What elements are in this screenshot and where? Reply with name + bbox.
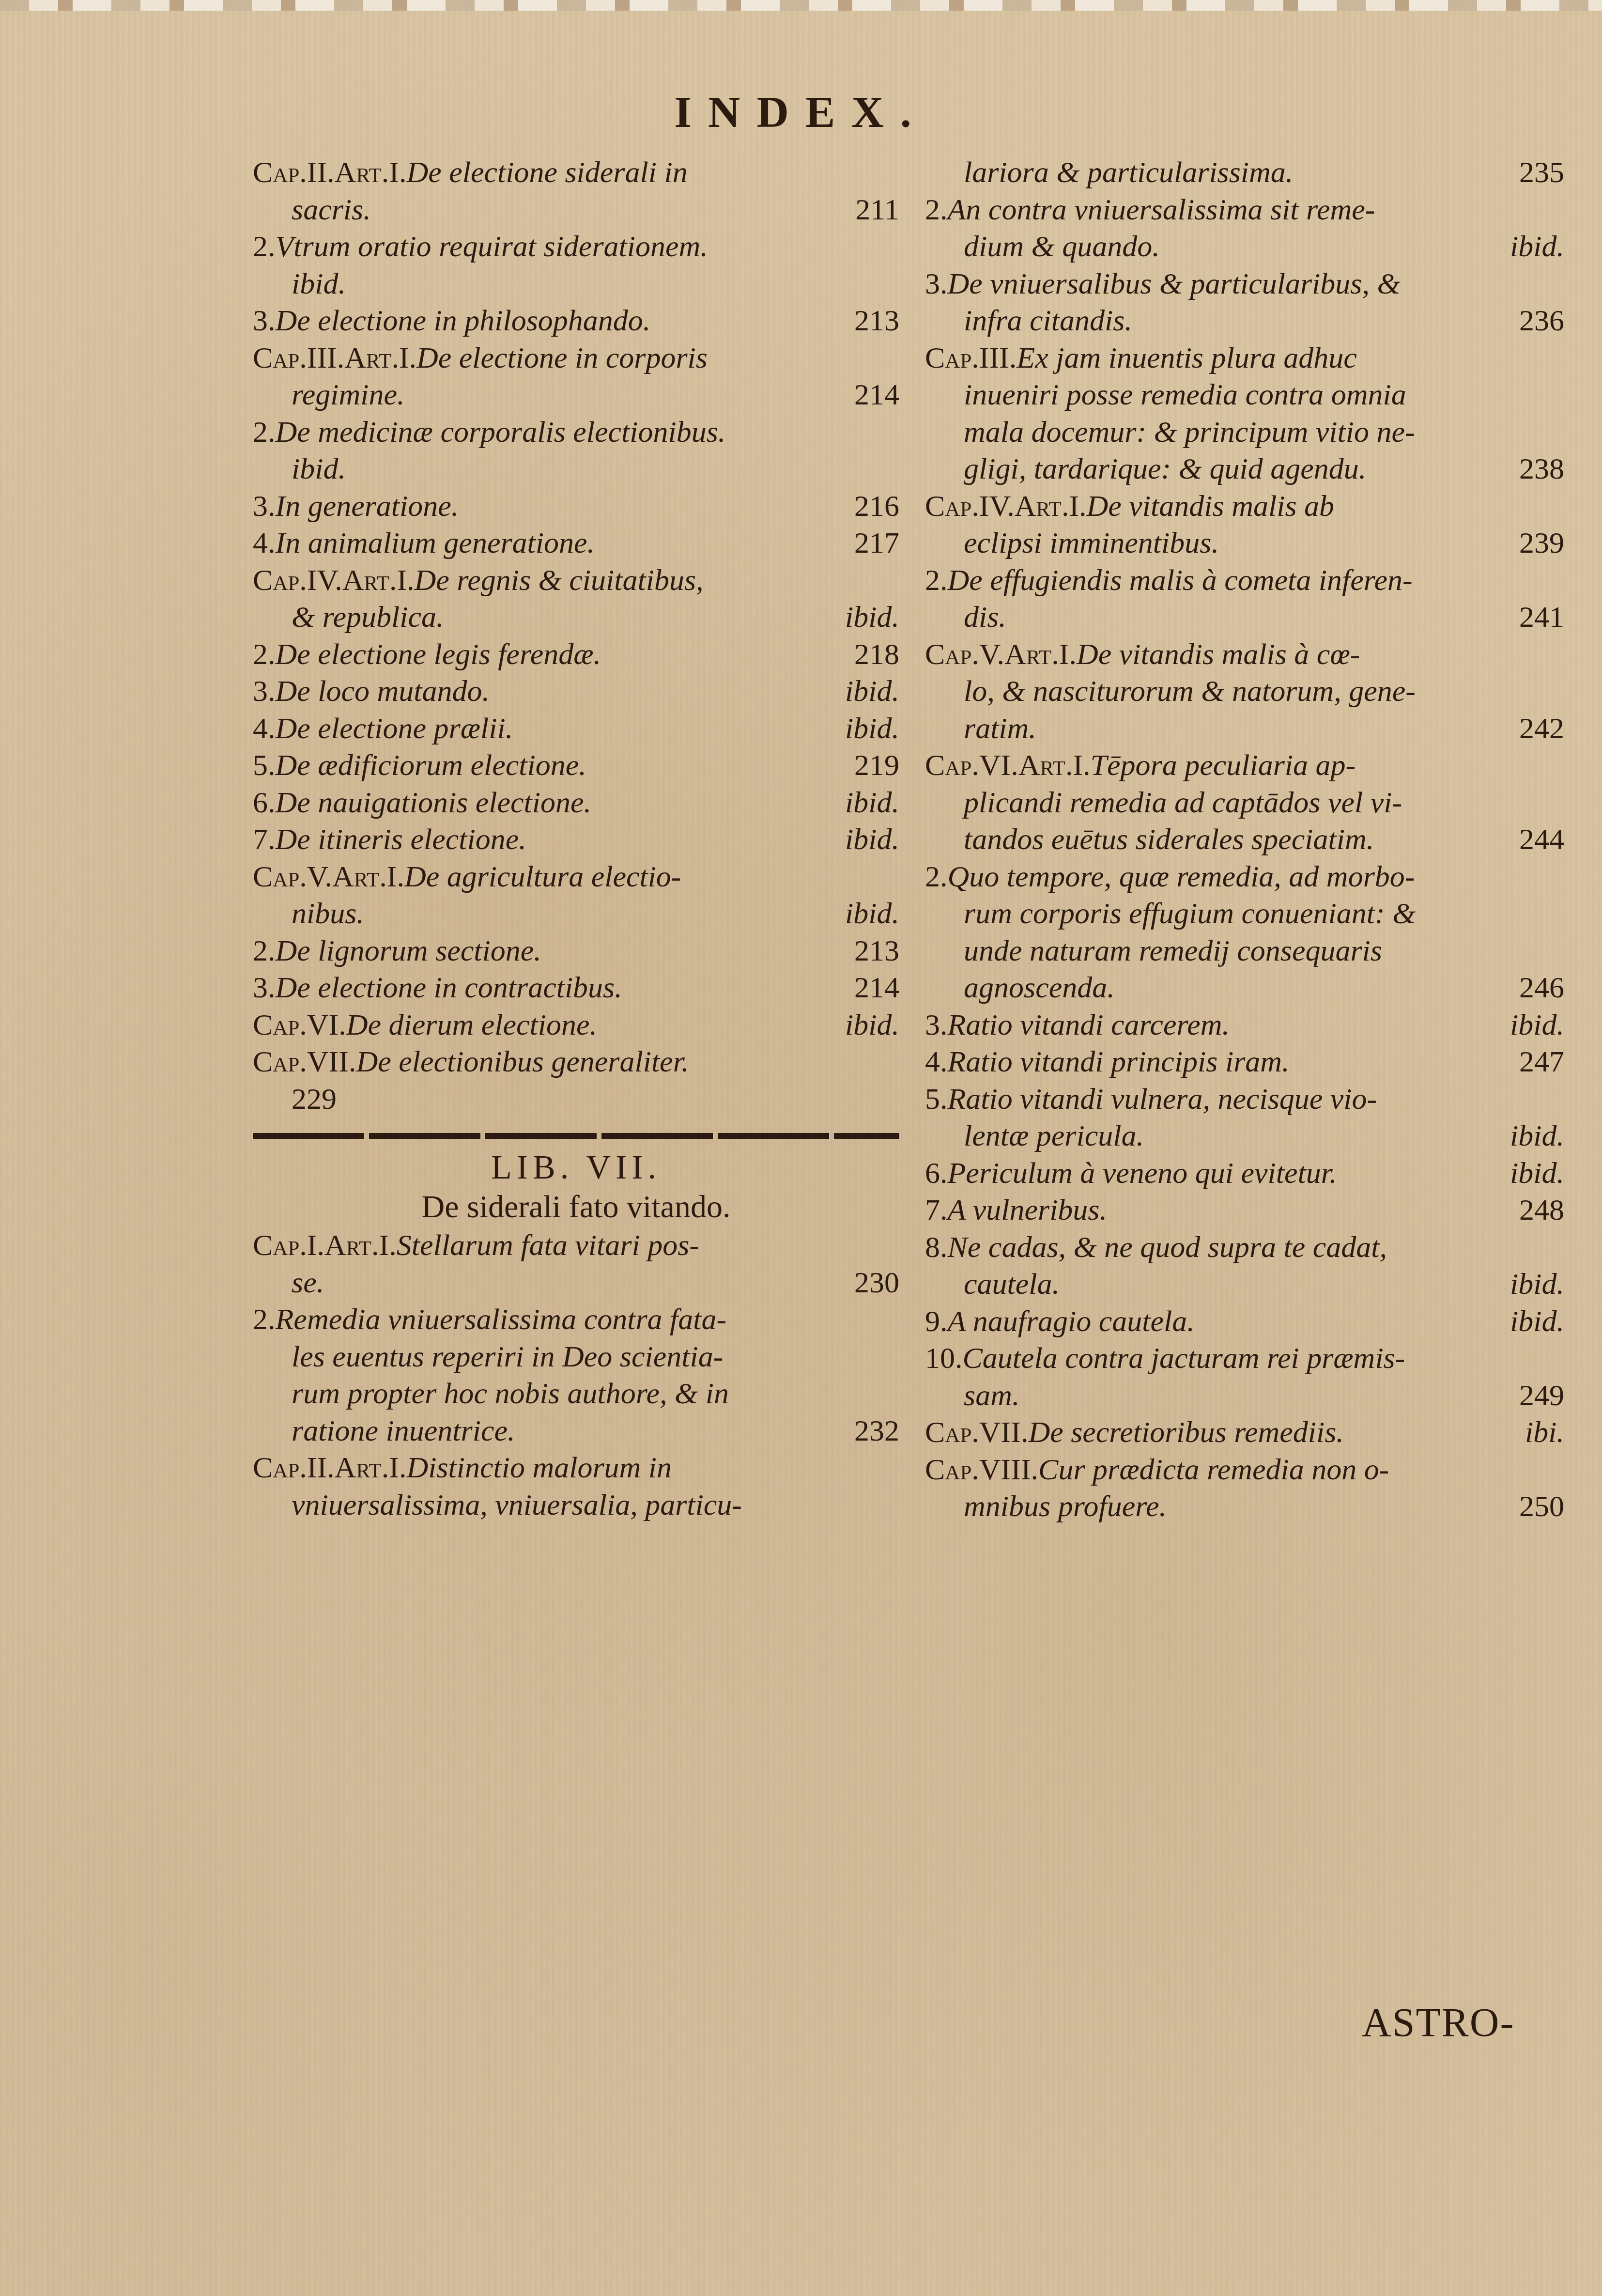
entry-label: Cap.II.Art.I. [253,156,406,189]
entry-text: De electione in contractibus. [276,971,622,1004]
entry-label: 3. [925,1008,948,1041]
entry-text: ibid. [292,267,346,300]
entry-label: Cap.IV.Art.I. [925,490,1087,523]
page-reference: 214 [854,969,899,1007]
entry-label: Cap.V.Art.I. [253,860,404,893]
entry-text: De electione siderali in [406,156,687,189]
index-entry-line: 4.In animalium generatione.217 [253,525,899,562]
entry-text: infra citandis. [964,304,1132,337]
entry-label: Cap.I.Art.I. [253,1229,397,1262]
page-reference: 239 [1519,525,1564,562]
entry-text: In animalium generatione. [276,527,595,559]
entry-label: Cap.IV.Art.I. [253,564,415,597]
page-title: INDEX. [0,86,1602,138]
entry-text: De effugiendis malis à cometa inferen- [948,564,1413,597]
page-reference: ibid. [845,599,899,636]
entry-text: nibus. [292,897,364,930]
index-entry-line: dium & quando.ibid. [925,228,1564,265]
entry-text: Ratio vitandi carcerem. [948,1008,1230,1041]
index-entry-line: 3.De loco mutando.ibid. [253,673,899,710]
page-reference: ibid. [1510,1155,1564,1192]
index-entry-line: unde naturam remedij consequaris [925,932,1564,970]
entry-label: 4. [925,1045,948,1078]
entry-text: De nauigationis electione. [276,786,592,819]
entry-text: vniuersalissima, vniuersalia, particu- [292,1489,742,1521]
page-reference: 218 [854,636,899,673]
entry-text: De secretioribus remediis. [1028,1416,1343,1449]
entry-text: dium & quando. [964,230,1160,263]
index-entry-line: Cap.VIII.Cur prædicta remedia non o- [925,1451,1564,1489]
index-entry-line: gligi, tardarique: & quid agendu.238 [925,450,1564,488]
page-reference: ibid. [1510,228,1564,265]
entry-label: 6. [253,786,276,819]
index-entry-line: 229 [253,1081,899,1118]
entry-label: 5. [253,749,276,782]
section-divider-rule [253,1133,899,1139]
page-reference: 241 [1519,599,1564,636]
entry-text: De agricultura electio- [404,860,681,893]
entry-text: Ratio vitandi vulnera, necisque vio- [948,1083,1377,1116]
entry-text: Cautela contra jacturam rei præmis- [963,1342,1405,1375]
entry-text: De vniuersalibus & particularibus, & [948,267,1401,300]
index-entry-line: Cap.VII.De electionibus generaliter. [253,1043,899,1081]
page-reference: 248 [1519,1192,1564,1229]
entry-text: lentæ pericula. [964,1119,1144,1152]
entry-label: 7. [925,1194,948,1226]
page-reference: ibid. [845,895,899,932]
entry-text: dis. [964,601,1006,634]
index-entry-line: Cap.IV.Art.I.De regnis & ciuitatibus, [253,562,899,599]
page-reference: 214 [854,376,899,414]
index-entry-line: rum propter hoc nobis authore, & in [253,1375,899,1412]
index-entry-line: 3.De electione in philosophando.213 [253,302,899,340]
entry-text: De itineris electione. [276,823,526,856]
entry-text: De lignorum sectione. [276,934,541,967]
index-entry-line: 2.De electione legis ferendæ.218 [253,636,899,673]
entry-text: les euentus reperiri in Deo scientia- [292,1340,723,1373]
entry-text: & republica. [292,601,444,634]
index-entry-line: 4.Ratio vitandi principis iram.247 [925,1043,1564,1081]
entry-label: Cap.II.Art.I. [253,1451,406,1484]
entry-label: Cap.III.Art.I. [253,341,416,374]
page-reference: 250 [1519,1488,1564,1525]
page-reference: 230 [854,1264,899,1302]
index-entry-line: eclipsi imminentibus.239 [925,525,1564,562]
entry-text: De electionibus generaliter. [356,1045,689,1078]
entry-text: rum propter hoc nobis authore, & in [292,1377,729,1410]
entry-label: 3. [925,267,948,300]
index-entry-line: 2.De lignorum sectione.213 [253,932,899,970]
index-entry-line: Cap.II.Art.I.De electione siderali in [253,154,899,191]
entry-text: sacris. [292,193,371,226]
entry-text: Ne cadas, & ne quod supra te cadat, [948,1231,1387,1264]
index-entry-line: mala docemur: & principum vitio ne- [925,414,1564,451]
entry-text: rum corporis effugium conueniant: & [964,897,1416,930]
entry-text: mnibus profuere. [964,1490,1167,1523]
entry-text: In generatione. [276,490,459,523]
index-entry-line: 5.De ædificiorum electione.219 [253,747,899,784]
index-entry-line: Cap.III.Art.I.De electione in corporis [253,340,899,377]
entry-label: 10. [925,1342,963,1375]
page-reference: 213 [854,932,899,970]
index-entry-line: 6.Periculum à veneno qui evitetur.ibid. [925,1155,1564,1192]
entry-text: Ex jam inuentis plura adhuc [1017,341,1357,374]
index-entry-line: les euentus reperiri in Deo scientia- [253,1338,899,1376]
entry-label: 2. [253,416,276,449]
index-entries-lib-vii: Cap.I.Art.I.Stellarum fata vitari pos-se… [253,1227,899,1523]
index-entry-line: inueniri posse remedia contra omnia [925,376,1564,414]
index-entry-line: Cap.II.Art.I.Distinctio malorum in [253,1449,899,1487]
entry-text: ratione inuentrice. [292,1414,515,1447]
page-reference: 232 [854,1412,899,1450]
entry-text: Stellarum fata vitari pos- [397,1229,699,1262]
index-entry-line: 7.A vulneribus.248 [925,1192,1564,1229]
index-entry-line: Cap.VI.De dierum electione.ibid. [253,1007,899,1044]
index-entry-line: regimine.214 [253,376,899,414]
entry-label: 5. [925,1083,948,1116]
index-entry-line: 10.Cautela contra jacturam rei præmis- [925,1340,1564,1377]
entry-text: 229 [292,1083,337,1116]
index-entry-line: 3.De vniuersalibus & particularibus, & [925,265,1564,303]
entry-label: 3. [253,490,276,523]
entry-label: 2. [925,564,948,597]
entry-text: Tēpora peculiaria ap- [1091,749,1356,782]
index-entry-line: Cap.V.Art.I.De agricultura electio- [253,858,899,896]
index-entry-line: Cap.I.Art.I.Stellarum fata vitari pos- [253,1227,899,1264]
page-reference: ibid. [845,1007,899,1044]
index-entry-line: tandos euētus siderales speciatim.244 [925,821,1564,858]
page-reference: ibid. [1510,1303,1564,1340]
entry-label: 4. [253,712,276,745]
index-entry-line: nibus.ibid. [253,895,899,932]
index-entry-line: lariora & particularissima.235 [925,154,1564,191]
entry-text: A vulneribus. [948,1194,1108,1226]
entry-text: eclipsi imminentibus. [964,527,1219,559]
entry-text: unde naturam remedij consequaris [964,934,1382,967]
index-right-column: lariora & particularissima.2352.An contr… [925,154,1564,1525]
entry-label: 2. [253,638,276,671]
index-entry-line: 3.De electione in contractibus.214 [253,969,899,1007]
entry-text: De electione in philosophando. [276,304,651,337]
index-entry-line: ratim.242 [925,710,1564,747]
entry-text: Vtrum oratio requirat siderationem. [276,230,708,263]
page-reference: 249 [1519,1377,1564,1414]
entry-label: Cap.VII. [253,1045,356,1078]
index-entry-line: & republica.ibid. [253,599,899,636]
index-entry-line: sam.249 [925,1377,1564,1414]
page-reference: ibid. [845,784,899,822]
entry-text: mala docemur: & principum vitio ne- [964,416,1415,449]
page-reference: 242 [1519,710,1564,747]
entry-label: Cap.III. [925,341,1017,374]
entry-text: cautela. [964,1268,1060,1301]
entry-text: ratim. [964,712,1036,745]
page-reference: ibid. [1510,1007,1564,1044]
page-reference: ibi. [1525,1414,1564,1451]
index-entry-line: 3.In generatione.216 [253,488,899,525]
entry-text: agnoscenda. [964,971,1115,1004]
entry-text: Distinctio malorum in [406,1451,672,1484]
entry-label: 2. [253,1303,276,1336]
page-reference: 216 [854,488,899,525]
entry-label: 3. [253,304,276,337]
entry-text: De ædificiorum electione. [276,749,586,782]
page-reference: 236 [1519,302,1564,340]
index-entry-line: 2.Vtrum oratio requirat siderationem. [253,228,899,265]
entry-text: lo, & nasciturorum & natorum, gene- [964,675,1416,708]
entry-text: lariora & particularissima. [964,156,1293,189]
entry-label: 8. [925,1231,948,1264]
page-reference: 238 [1519,450,1564,488]
page-reference: ibid. [845,821,899,858]
entry-label: 3. [253,675,276,708]
index-entry-line: plicandi remedia ad captādos vel vi- [925,784,1564,822]
index-entry-line: Cap.V.Art.I.De vitandis malis à cœ- [925,636,1564,673]
index-entries-lib-vii-continued: lariora & particularissima.2352.An contr… [925,154,1564,1525]
page-reference: 246 [1519,969,1564,1007]
page-reference: ibid. [1510,1266,1564,1303]
entry-text: ibid. [292,452,346,485]
index-entry-line: lo, & nasciturorum & natorum, gene- [925,673,1564,710]
entry-label: 9. [925,1305,948,1338]
entry-text: De vitandis malis à cœ- [1077,638,1360,671]
entry-label: 4. [253,527,276,559]
index-entry-line: infra citandis.236 [925,302,1564,340]
entry-text: se. [292,1266,324,1299]
entry-label: 6. [925,1157,948,1190]
entry-label: Cap.VI. [253,1008,346,1041]
index-entry-line: 6.De nauigationis electione.ibid. [253,784,899,822]
entry-text: Quo tempore, quæ remedia, ad morbo- [948,860,1415,893]
index-entry-line: vniuersalissima, vniuersalia, particu- [253,1487,899,1524]
index-entry-line: 5.Ratio vitandi vulnera, necisque vio- [925,1081,1564,1118]
page-reference: 213 [854,302,899,340]
index-entry-line: Cap.IV.Art.I.De vitandis malis ab [925,488,1564,525]
book-subtitle: De siderali fato vitando. [253,1187,899,1227]
catchword: ASTRO- [1362,2000,1514,2047]
entry-text: De loco mutando. [276,675,490,708]
index-left-column: Cap.II.Art.I.De electione siderali insac… [253,154,899,1523]
page-top-edge [0,0,1602,11]
entry-label: 2. [925,193,948,226]
index-entry-line: 2.An contra vniuersalissima sit reme- [925,191,1564,229]
entry-text: tandos euētus siderales speciatim. [964,823,1374,856]
page-reference: 211 [855,191,899,229]
index-entry-line: 4.De electione prælii.ibid. [253,710,899,747]
entry-text: regimine. [292,378,405,411]
index-entry-line: 7.De itineris electione.ibid. [253,821,899,858]
index-entry-line: 3.Ratio vitandi carcerem.ibid. [925,1007,1564,1044]
entry-label: 7. [253,823,276,856]
index-entry-line: 8.Ne cadas, & ne quod supra te cadat, [925,1229,1564,1266]
entry-text: Periculum à veneno qui evitetur. [948,1157,1337,1190]
page-reference: 247 [1519,1043,1564,1081]
entry-text: De regnis & ciuitatibus, [415,564,704,597]
entry-text: inueniri posse remedia contra omnia [964,378,1406,411]
index-entries-lib-vi: Cap.II.Art.I.De electione siderali insac… [253,154,899,1117]
entry-text: Remedia vniuersalissima contra fata- [276,1303,727,1336]
entry-text: sam. [964,1379,1019,1412]
index-entry-line: se.230 [253,1264,899,1302]
index-entry-line: sacris.211 [253,191,899,229]
index-entry-line: agnoscenda.246 [925,969,1564,1007]
page-reference: ibid. [1510,1117,1564,1155]
entry-text: gligi, tardarique: & quid agendu. [964,452,1366,485]
entry-label: Cap.VI.Art.I. [925,749,1091,782]
index-entry-line: 2.Remedia vniuersalissima contra fata- [253,1301,899,1338]
entry-label: 2. [253,230,276,263]
page-reference: 217 [854,525,899,562]
entry-text: De dierum electione. [346,1008,597,1041]
index-entry-line: 2.Quo tempore, quæ remedia, ad morbo- [925,858,1564,896]
entry-text: De vitandis malis ab [1087,490,1334,523]
index-entry-line: Cap.VII.De secretioribus remediis.ibi. [925,1414,1564,1451]
index-entry-line: dis.241 [925,599,1564,636]
index-entry-line: cautela.ibid. [925,1266,1564,1303]
entry-text: De medicinæ corporalis electionibus. [276,416,726,449]
entry-label: Cap.VII. [925,1416,1028,1449]
index-entry-line: ibid. [253,450,899,488]
entry-text: plicandi remedia ad captādos vel vi- [964,786,1402,819]
entry-text: De electione prælii. [276,712,513,745]
page-reference: ibid. [845,710,899,747]
entry-label: Cap.V.Art.I. [925,638,1077,671]
page-reference: 219 [854,747,899,784]
index-entry-line: Cap.VI.Art.I.Tēpora peculiaria ap- [925,747,1564,784]
entry-label: 2. [253,934,276,967]
index-entry-line: 2.De medicinæ corporalis electionibus. [253,414,899,451]
entry-label: 3. [253,971,276,1004]
entry-text: De electione legis ferendæ. [276,638,601,671]
entry-text: Cur prædicta remedia non o- [1038,1453,1389,1486]
entry-text: A naufragio cautela. [948,1305,1195,1338]
index-entry-line: 9.A naufragio cautela.ibid. [925,1303,1564,1340]
index-entry-line: rum corporis effugium conueniant: & [925,895,1564,932]
index-entry-line: mnibus profuere.250 [925,1488,1564,1525]
index-entry-line: 2.De effugiendis malis à cometa inferen- [925,562,1564,599]
page-reference: 244 [1519,821,1564,858]
entry-label: 2. [925,860,948,893]
book-heading: LIB. VII. [253,1148,899,1187]
page-reference: 235 [1519,154,1564,191]
index-entry-line: Cap.III.Ex jam inuentis plura adhuc [925,340,1564,377]
index-entry-line: lentæ pericula.ibid. [925,1117,1564,1155]
index-entry-line: ratione inuentrice.232 [253,1412,899,1450]
entry-text: An contra vniuersalissima sit reme- [948,193,1375,226]
entry-text: Ratio vitandi principis iram. [948,1045,1290,1078]
entry-label: Cap.VIII. [925,1453,1038,1486]
index-entry-line: ibid. [253,265,899,303]
page-reference: ibid. [845,673,899,710]
entry-text: De electione in corporis [416,341,708,374]
